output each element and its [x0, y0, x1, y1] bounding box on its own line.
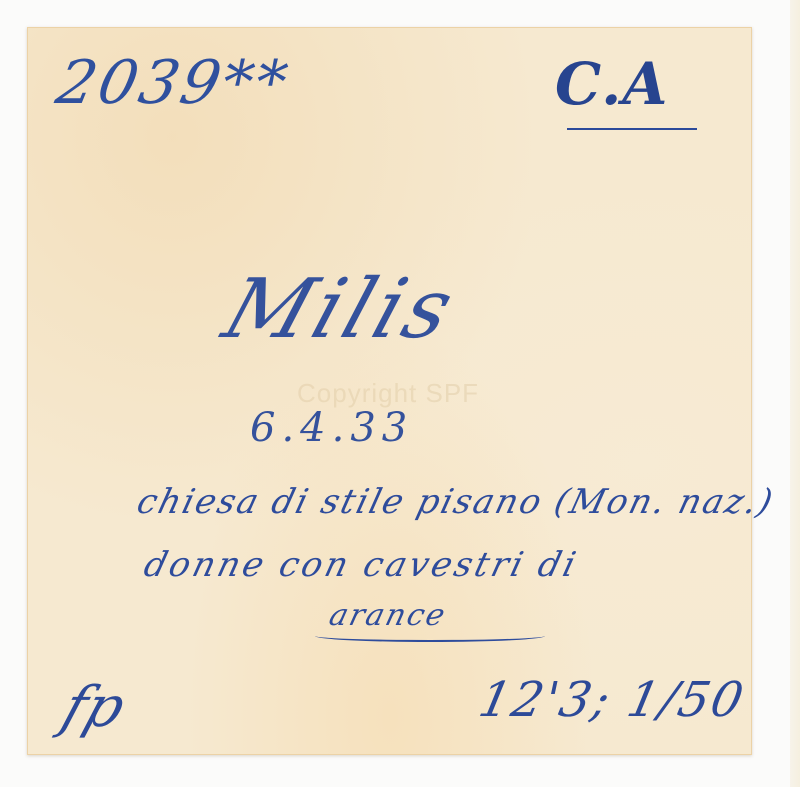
description-swash-underline [315, 630, 545, 642]
description-line-3: arance [326, 598, 451, 633]
date: 6.4.33 [250, 405, 413, 451]
collection-code-underline [567, 128, 697, 130]
collection-code: C.A [555, 50, 668, 118]
description-line-1: chiesa di stile pisano (Mon. naz.) [133, 482, 778, 522]
place-name: Milis [213, 262, 469, 357]
collection-code-text: C.A [555, 50, 668, 118]
scan-background: 2039** C.A Milis Copyright SPF 6.4.33 ch… [0, 0, 800, 787]
adjacent-page-edge [790, 0, 800, 787]
catalog-number: 2039** [51, 48, 297, 118]
description-line-2: donne con cavestri di [140, 545, 582, 585]
inventory-reference: 12'3; 1/50 [474, 672, 750, 728]
